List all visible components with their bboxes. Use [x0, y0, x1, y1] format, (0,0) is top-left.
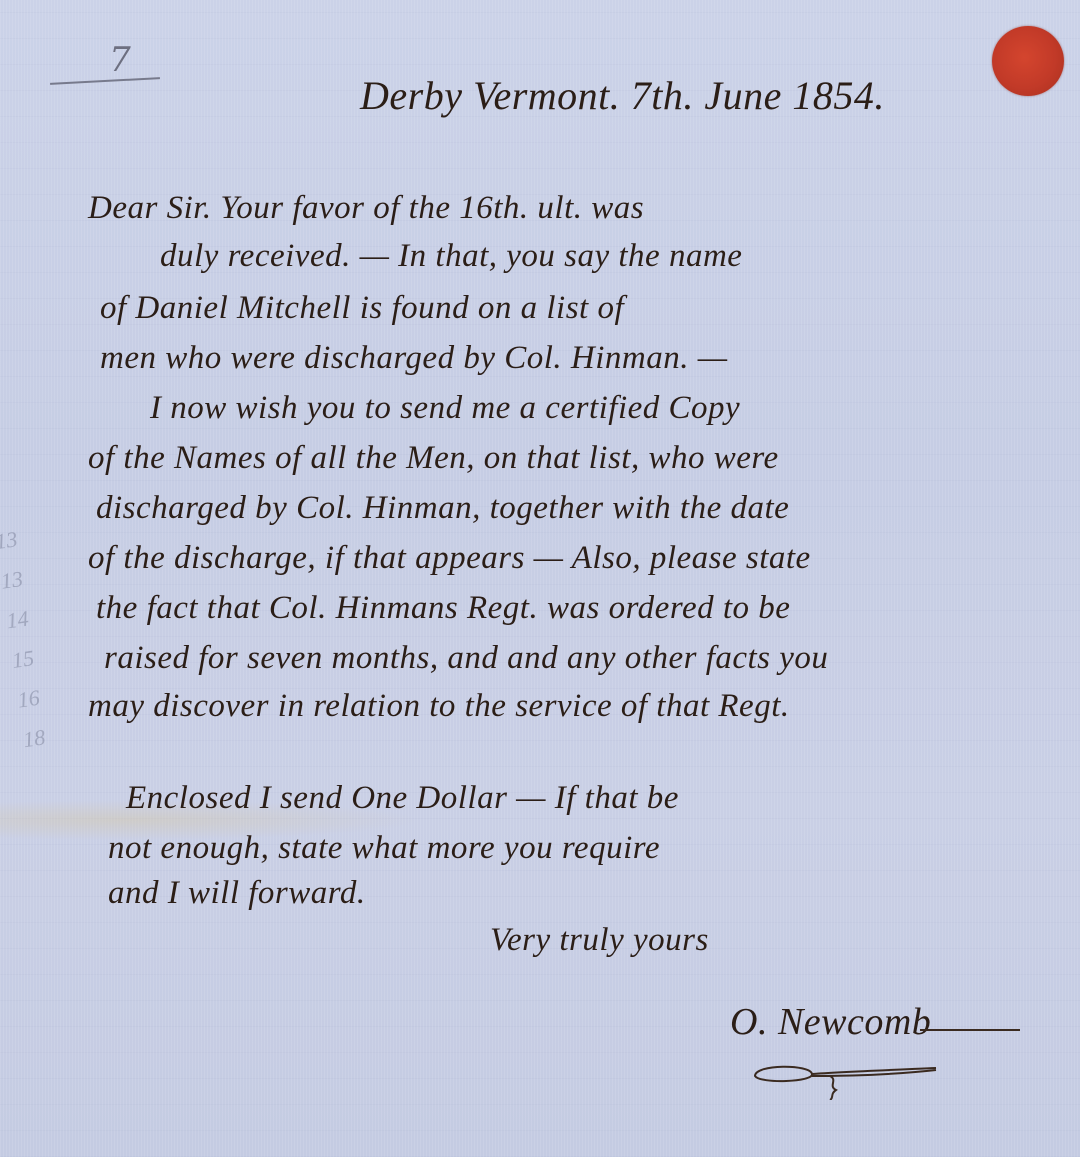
- letter-page: 7 Derby Vermont. 7th. June 1854. p s 13 …: [0, 0, 1080, 1157]
- letter-line-8: of the discharge, if that appears — Also…: [88, 540, 811, 577]
- letter-line-11: may discover in relation to the service …: [88, 688, 790, 725]
- letter-line-5: I now wish you to send me a certified Co…: [150, 390, 740, 427]
- dateline: Derby Vermont. 7th. June 1854.: [360, 72, 885, 119]
- letter-line-2: duly received. — In that, you say the na…: [160, 238, 742, 275]
- letter-line-6: of the Names of all the Men, on that lis…: [88, 440, 779, 477]
- letter-line-13: not enough, state what more you require: [108, 830, 660, 867]
- letter-line-12: Enclosed I send One Dollar — If that be: [126, 780, 679, 817]
- letter-line-10: raised for seven months, and and any oth…: [104, 640, 828, 677]
- closing: Very truly yours: [490, 922, 709, 959]
- letter-line-14: and I will forward.: [108, 875, 366, 912]
- letter-line-7: discharged by Col. Hinman, together with…: [96, 490, 789, 527]
- letter-line-9: the fact that Col. Hinmans Regt. was ord…: [96, 590, 790, 627]
- wax-seal-icon: [992, 26, 1064, 96]
- letter-line-3: of Daniel Mitchell is found on a list of: [100, 290, 624, 327]
- signature: O. Newcomb: [730, 1000, 931, 1044]
- letter-line-1: Dear Sir. Your favor of the 16th. ult. w…: [88, 190, 644, 227]
- page-number: 7: [80, 40, 160, 90]
- page-number-text: 7: [109, 40, 131, 80]
- page-number-underline: [50, 77, 160, 85]
- signature-flourish-icon: [750, 1060, 940, 1100]
- signature-dash: [920, 1029, 1020, 1031]
- letter-line-4: men who were discharged by Col. Hinman. …: [100, 340, 728, 377]
